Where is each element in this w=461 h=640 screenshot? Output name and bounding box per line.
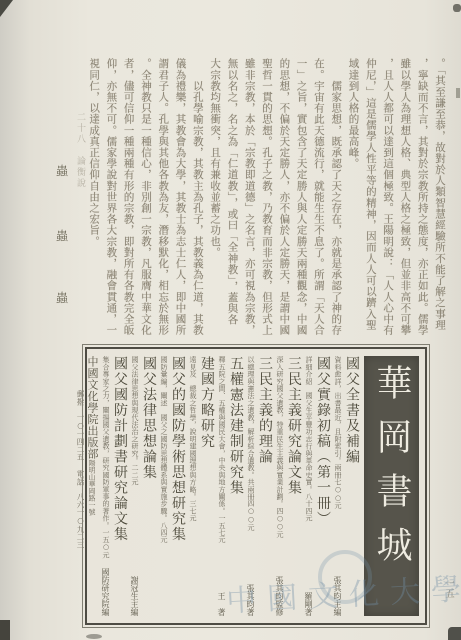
book-entry: 建國方略研究 遠見及 總裁之哲學，說明建國理想與方略。三七元	[187, 356, 215, 616]
seal-stamp-icon: 蟲	[56, 164, 70, 178]
book-description: 詳細介紹 國父生平豐功志行與革命史實。八十四元	[304, 356, 313, 522]
article-body: 。「其至謙至恭，故對於人類智慧經驗所不能了解之事理 ，寧缺而不言，其對於宗教所持…	[85, 58, 448, 352]
publisher-address: 陽明山華岡路一號	[88, 460, 96, 516]
book-author: 國防研究院編	[101, 568, 110, 616]
book-description: 以總理與憲法之遺教，解析綜合遺教。共兩冊四○○元	[246, 356, 255, 531]
article-column: 儒家思想，既承認了天之存在，亦就是承認了神的存	[327, 58, 344, 352]
article-column: 以孔學喻宗教，其教主為孔子，其教義為仁道，其教	[189, 58, 206, 352]
article-column: 。全神教只是一種信心，非別創一宗教，凡服膺中華文化	[137, 58, 154, 352]
book-description: 國父法律思想與現代法治之研究。二二元	[130, 356, 139, 486]
book-meta: 遠見及 總裁之哲學，說明建國理想與方略。三七元	[188, 356, 197, 616]
article-column: 。「其至謙至恭，故對於人類智慧經驗所不能了解之事理	[431, 58, 448, 352]
book-entry: 國父法律思想論集 國父法律思想與現代法治之研究。二二元 謝冠生主編	[129, 356, 157, 616]
book-author: 謝冠生主編	[130, 576, 139, 616]
scan-artifact	[448, 627, 461, 640]
round-seal-watermark-icon	[318, 550, 372, 604]
article-column: 視同仁，以達成真正信仰自由之宏旨。	[85, 58, 102, 352]
margin-running-label: 二十八 論衡說	[74, 112, 87, 189]
scan-artifact	[0, 620, 10, 640]
book-description: 國防彙編，闡述 國父之國防思想體系與實施步驟。八四元	[159, 356, 168, 543]
scanned-page: 。「其至謙至恭，故對於人類智慧經驗所不能了解之事理 ，寧缺而不言，其對於宗教所持…	[0, 0, 461, 640]
book-meta: 國父法律思想與現代法治之研究。二二元 謝冠生主編	[130, 356, 139, 616]
book-description: 遠見及 總裁之哲學，說明建國理想與方略。三七元	[188, 356, 197, 522]
book-description: 釋五院之間、五權與國民大會，中央與地方關係。一五七元	[217, 356, 226, 543]
seal-stamp-icon: 蟲	[56, 229, 70, 243]
publisher-phone: 電話：八六一○九二三	[76, 470, 85, 549]
article-column: 雖以學人為理想人格、典型人格之極致，但並非高不可攀	[396, 58, 413, 352]
article-column: ，寧缺而不言，其對於宗教所持之態度，亦正如此。儒學	[413, 58, 430, 352]
publisher-name: 中國文化學院出版部陽明山華岡路一號	[85, 356, 99, 616]
seal-stamp-icon: 蟲	[56, 291, 70, 305]
article-column: 者，儘可信仰一種兩種有形的宗教，即對所有各教完全皈	[119, 58, 136, 352]
article-column: 一」之旨，實包含了天定勝人與人定勝天兩種觀念，中國	[292, 58, 309, 352]
publisher-contact: 郵撥：一○一四二五 電話：八六一○九二三	[76, 356, 85, 616]
scan-artifact	[0, 0, 13, 17]
article-column: 聖哲一貫的思想。孔子之教，乃教育而非宗教，但形式上	[258, 58, 275, 352]
article-column: 仰，亦無不可。儒家學說對世界各大宗教，融會貫通，一	[102, 58, 119, 352]
book-description: 集合專家之力，闡揚國父遺教，研究國防軍事的著作。一五○元	[101, 356, 110, 559]
article-column: 儀為禮樂，其教會為大學，其教士為志士仁人，即中國所	[171, 58, 188, 352]
book-title: 國父法律思想論集	[140, 356, 157, 616]
article-column: 謂君子人。孔學與其他各教為友，潛移默化，相忘於無形	[154, 58, 171, 352]
book-description: 深入研究國父遺教，特重民生主義與實業計劃。四○○元	[275, 356, 284, 538]
publisher-name-text: 中國文化學院出版部	[86, 356, 99, 460]
article-column: ，且人人都可以達到這個極致。王陽明說：「人人心中有	[379, 58, 396, 352]
book-title: 建國方略研究	[198, 356, 215, 616]
article-column: 雖非宗教，本於「宗教即道德」之名言，亦可視為宗教，	[240, 58, 257, 352]
book-meta: 集合專家之力，闡揚國父遺教，研究國防軍事的著作。一五○元 國防研究院編	[101, 356, 110, 616]
book-entry: 國父國防計劃書研究論文集 集合專家之力，闡揚國父遺教，研究國防軍事的著作。一五○…	[100, 356, 128, 616]
article-column: 域達到人格的最高峰。	[344, 58, 361, 352]
article-column: 大宗教均無衝突，且有兼收並蓄之功也。	[206, 58, 223, 352]
article-column: 無以名之，名之為「仁道教」，或曰「全神教」，蓋與各	[223, 58, 240, 352]
publisher-info: 中國文化學院出版部陽明山華岡路一號 郵撥：一○一四二五 電話：八六一○九二三	[53, 356, 99, 616]
book-author: 王 著	[217, 592, 226, 616]
scan-artifact	[453, 4, 461, 12]
book-title: 國父的國防學術思想研究集	[169, 356, 186, 616]
scan-artifact	[86, 634, 102, 639]
book-meta: 國防彙編，闡述 國父之國防思想體系與實施步驟。八四元	[159, 356, 168, 616]
book-title: 國父國防計劃書研究論文集	[111, 356, 128, 616]
scan-artifact	[456, 88, 460, 98]
article-column: 的思想，不偏於天定勝人，亦不偏於人定勝天，是謂中國	[275, 58, 292, 352]
book-entry: 國父的國防學術思想研究集 國防彙編，闡述 國父之國防思想體系與實施步驟。八四元	[158, 356, 186, 616]
book-description: 資料愈詳，出書最近，且附索引。兩冊七○○元	[333, 356, 342, 509]
article-column: 仲尼，」這是儒學人性平等的精神，因而人人可以躋入聖	[362, 58, 379, 352]
publisher-postal: 郵撥：一○一四二五	[76, 390, 85, 461]
article-column: 在。宇宙有此天德流行，就能生生不息了。所謂「天人合	[310, 58, 327, 352]
